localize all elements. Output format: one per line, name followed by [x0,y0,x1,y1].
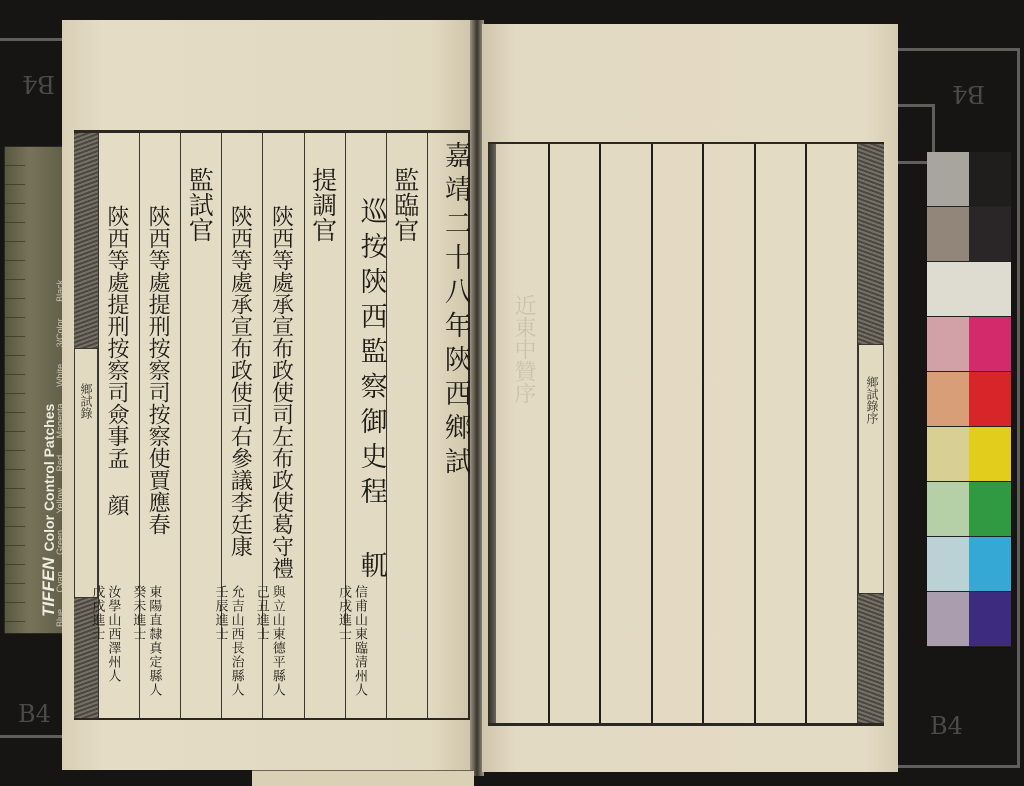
official-name: 陝西等處提刑按察司僉事孟 顔 [105,205,127,516]
color-patch-cyan [969,537,1011,592]
tiffen-color-strip: TIFFENColor Control Patches Blue Cyan Gr… [4,146,66,634]
column-official: 陝西等處提刑按察司按察使賈應春 東陽直隸真定縣人 癸未進士 [139,133,180,718]
official-note: 東陽直隸真定縣人 [146,585,160,697]
empty-columns [498,144,858,723]
fold-title: 鄉試錄序 [864,376,881,424]
official-name: 陝西等處承宣布政使司左布政使葛守禮 [269,205,291,579]
empty-ruled-column [704,144,756,723]
empty-ruled-column [807,144,858,723]
empty-ruled-column [550,144,602,723]
column-heading: 提調官 [304,133,345,718]
heading-jianlin: 監臨官 [393,167,418,242]
color-patch-yellow-light [927,427,969,482]
column-heading: 監試官 [180,133,221,718]
official-note: 允吉山西長治縣人 [228,585,242,697]
printed-block-right: 近東中贊序 鄉試錄序 [488,142,884,726]
official-name: 陝西等處提刑按察司按察使賈應春 [146,205,168,535]
color-patch-grid [927,152,1011,648]
empty-ruled-column [601,144,653,723]
column-official: 巡按陝西監察御史程 軏 信甫山東臨清州人 戊戌進士 [345,133,386,718]
column-official: 陝西等處提刑按察司僉事孟 顔 汝學山西澤州人 戊戌進士 [98,133,139,718]
official-name: 巡按陝西監察御史程 軏 [352,197,391,586]
color-patch-magenta [969,317,1011,372]
color-patch-violet [969,592,1011,647]
board-label: B4 [930,712,963,740]
color-patch-pink-light [927,317,969,372]
color-patch-orange-light [927,372,969,427]
official-note: 信甫山東臨清州人 [352,585,366,697]
column-title: 嘉靖二十八年陝西鄉試 [427,133,470,718]
printed-block-left: 鄉試錄 嘉靖二十八年陝西鄉試 監臨官 巡按陝西監察御史程 軏 信甫山東臨清州人 … [74,130,470,720]
text-columns: 嘉靖二十八年陝西鄉試 監臨官 巡按陝西監察御史程 軏 信甫山東臨清州人 戊戌進士… [98,133,470,718]
board-label: B4 [22,70,55,98]
color-patch-green [969,482,1011,537]
color-patch-cyan-light [927,537,969,592]
official-note: 與立山東德平縣人 [269,585,283,697]
right-page: 近東中贊序 鄉試錄序 [482,24,898,772]
block-border-left [488,144,496,723]
fold-title: 鄉試錄 [78,383,95,419]
fold-margin-right: 鄉試錄序 [858,144,884,723]
board-label: B4 [18,700,51,728]
centimetre-ruler [5,147,25,633]
color-patch-violet-light [927,592,969,647]
official-name: 陝西等處承宣布政使司右參議李廷康 [228,205,250,557]
color-patch-red [969,372,1011,427]
column-official: 陝西等處承宣布政使司左布政使葛守禮 與立山東德平縣人 己丑進士 [262,133,303,718]
color-patch-yellow [969,427,1011,482]
empty-ruled-column [498,144,550,723]
color-patch-dark-2 [969,207,1011,262]
board-label: B4 [952,80,985,108]
empty-ruled-column [756,144,808,723]
column-heading: 監臨官 [386,133,427,718]
column-official: 陝西等處承宣布政使司右參議李廷康 允吉山西長治縣人 壬辰進士 [221,133,262,718]
color-patch-white [927,262,1011,317]
color-patch-dark-1 [969,152,1011,207]
official-note: 戊戌進士 [89,585,103,641]
underlying-page-edge [252,770,474,786]
open-book: 鄉試錄 嘉靖二十八年陝西鄉試 監臨官 巡按陝西監察御史程 軏 信甫山東臨清州人 … [62,20,898,776]
color-patch-gray-light [927,152,969,207]
left-page: 鄉試錄 嘉靖二十八年陝西鄉試 監臨官 巡按陝西監察御史程 軏 信甫山東臨清州人 … [62,20,472,770]
heading-jianshi: 監試官 [187,167,212,242]
empty-ruled-column [653,144,705,723]
heading-tidiao: 提調官 [311,167,336,242]
color-patch-green-light [927,482,969,537]
official-note: 汝學山西澤州人 [105,585,119,683]
color-patch-gray-mid [927,207,969,262]
